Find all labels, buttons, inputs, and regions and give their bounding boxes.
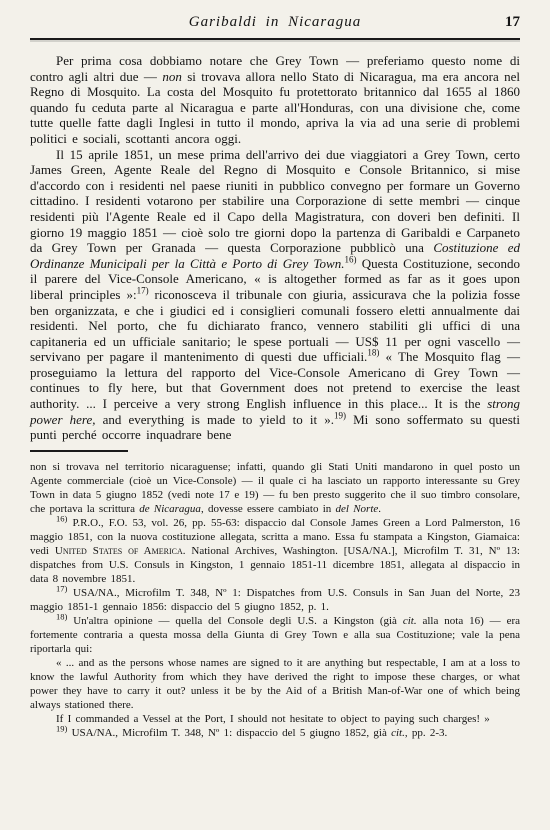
page-header: Garibaldi in Nicaragua 17: [30, 14, 520, 36]
footnote-19-italic: cit.: [391, 727, 405, 739]
body-text: Per prima cosa dobbiamo notare che Grey …: [30, 53, 520, 443]
footnote-19: 19) USA/NA., Microfilm T. 348, Nº 1: dis…: [30, 726, 520, 740]
paragraph-1-italic: non: [162, 69, 182, 84]
header-rule: [30, 38, 520, 40]
footnote-18-text: Un'altra opinione — quella del Console d…: [67, 615, 403, 627]
running-title: Garibaldi in Nicaragua: [30, 14, 520, 31]
footnote-ref-17: 17): [137, 286, 149, 296]
footnote-ref-16: 16): [344, 254, 356, 264]
footnote-19-text: USA/NA., Microfilm T. 348, Nº 1: dispacc…: [67, 727, 391, 739]
footnote-15-text: , dovesse essere cambiato in: [201, 503, 336, 515]
footnote-15-italic: del Norte: [336, 503, 379, 515]
footnote-18-quote-paragraph-1: « ... and as the persons whose names are…: [30, 656, 520, 712]
footnote-18-italic: cit.: [403, 615, 417, 627]
footnote-16-smallcaps: United States of America.: [55, 545, 186, 557]
footnote-18-quote-paragraph-2: If I commanded a Vessel at the Port, I s…: [30, 712, 520, 726]
footnote-18-marker: 18): [56, 611, 67, 621]
footnotes: non si trovava nel territorio nicaraguen…: [30, 460, 520, 740]
footnote-17-text: USA/NA., Microfilm T. 348, Nº 1: Dispatc…: [30, 587, 520, 613]
footnote-17-marker: 17): [56, 583, 67, 593]
footnote-16-marker: 16): [56, 513, 67, 523]
footnote-15-continuation: non si trovava nel territorio nicaraguen…: [30, 460, 520, 516]
footnote-ref-18: 18): [367, 348, 379, 358]
footnote-17: 17) USA/NA., Microfilm T. 348, Nº 1: Dis…: [30, 586, 520, 614]
footnote-18: 18) Un'altra opinione — quella del Conso…: [30, 614, 520, 656]
footnote-19-marker: 19): [56, 723, 67, 733]
footnote-15-text: .: [378, 503, 381, 515]
paragraph-2-text: Il 15 aprile 1851, un mese prima dell'ar…: [30, 147, 520, 256]
book-page: Garibaldi in Nicaragua 17 Per prima cosa…: [0, 0, 550, 830]
footnote-separator-rule: [30, 450, 128, 452]
paragraph-2: Il 15 aprile 1851, un mese prima dell'ar…: [30, 147, 520, 443]
paragraph-2-text: and everything is made to yield to it ».: [96, 412, 334, 427]
footnote-16: 16) P.R.O., F.O. 53, vol. 26, pp. 55-63:…: [30, 516, 520, 586]
footnote-19-text: , pp. 2-3.: [405, 727, 447, 739]
paragraph-1: Per prima cosa dobbiamo notare che Grey …: [30, 53, 520, 147]
footnote-ref-19: 19): [334, 410, 346, 420]
footnote-15-italic: de Nicaragua: [139, 503, 201, 515]
page-number: 17: [505, 14, 520, 31]
